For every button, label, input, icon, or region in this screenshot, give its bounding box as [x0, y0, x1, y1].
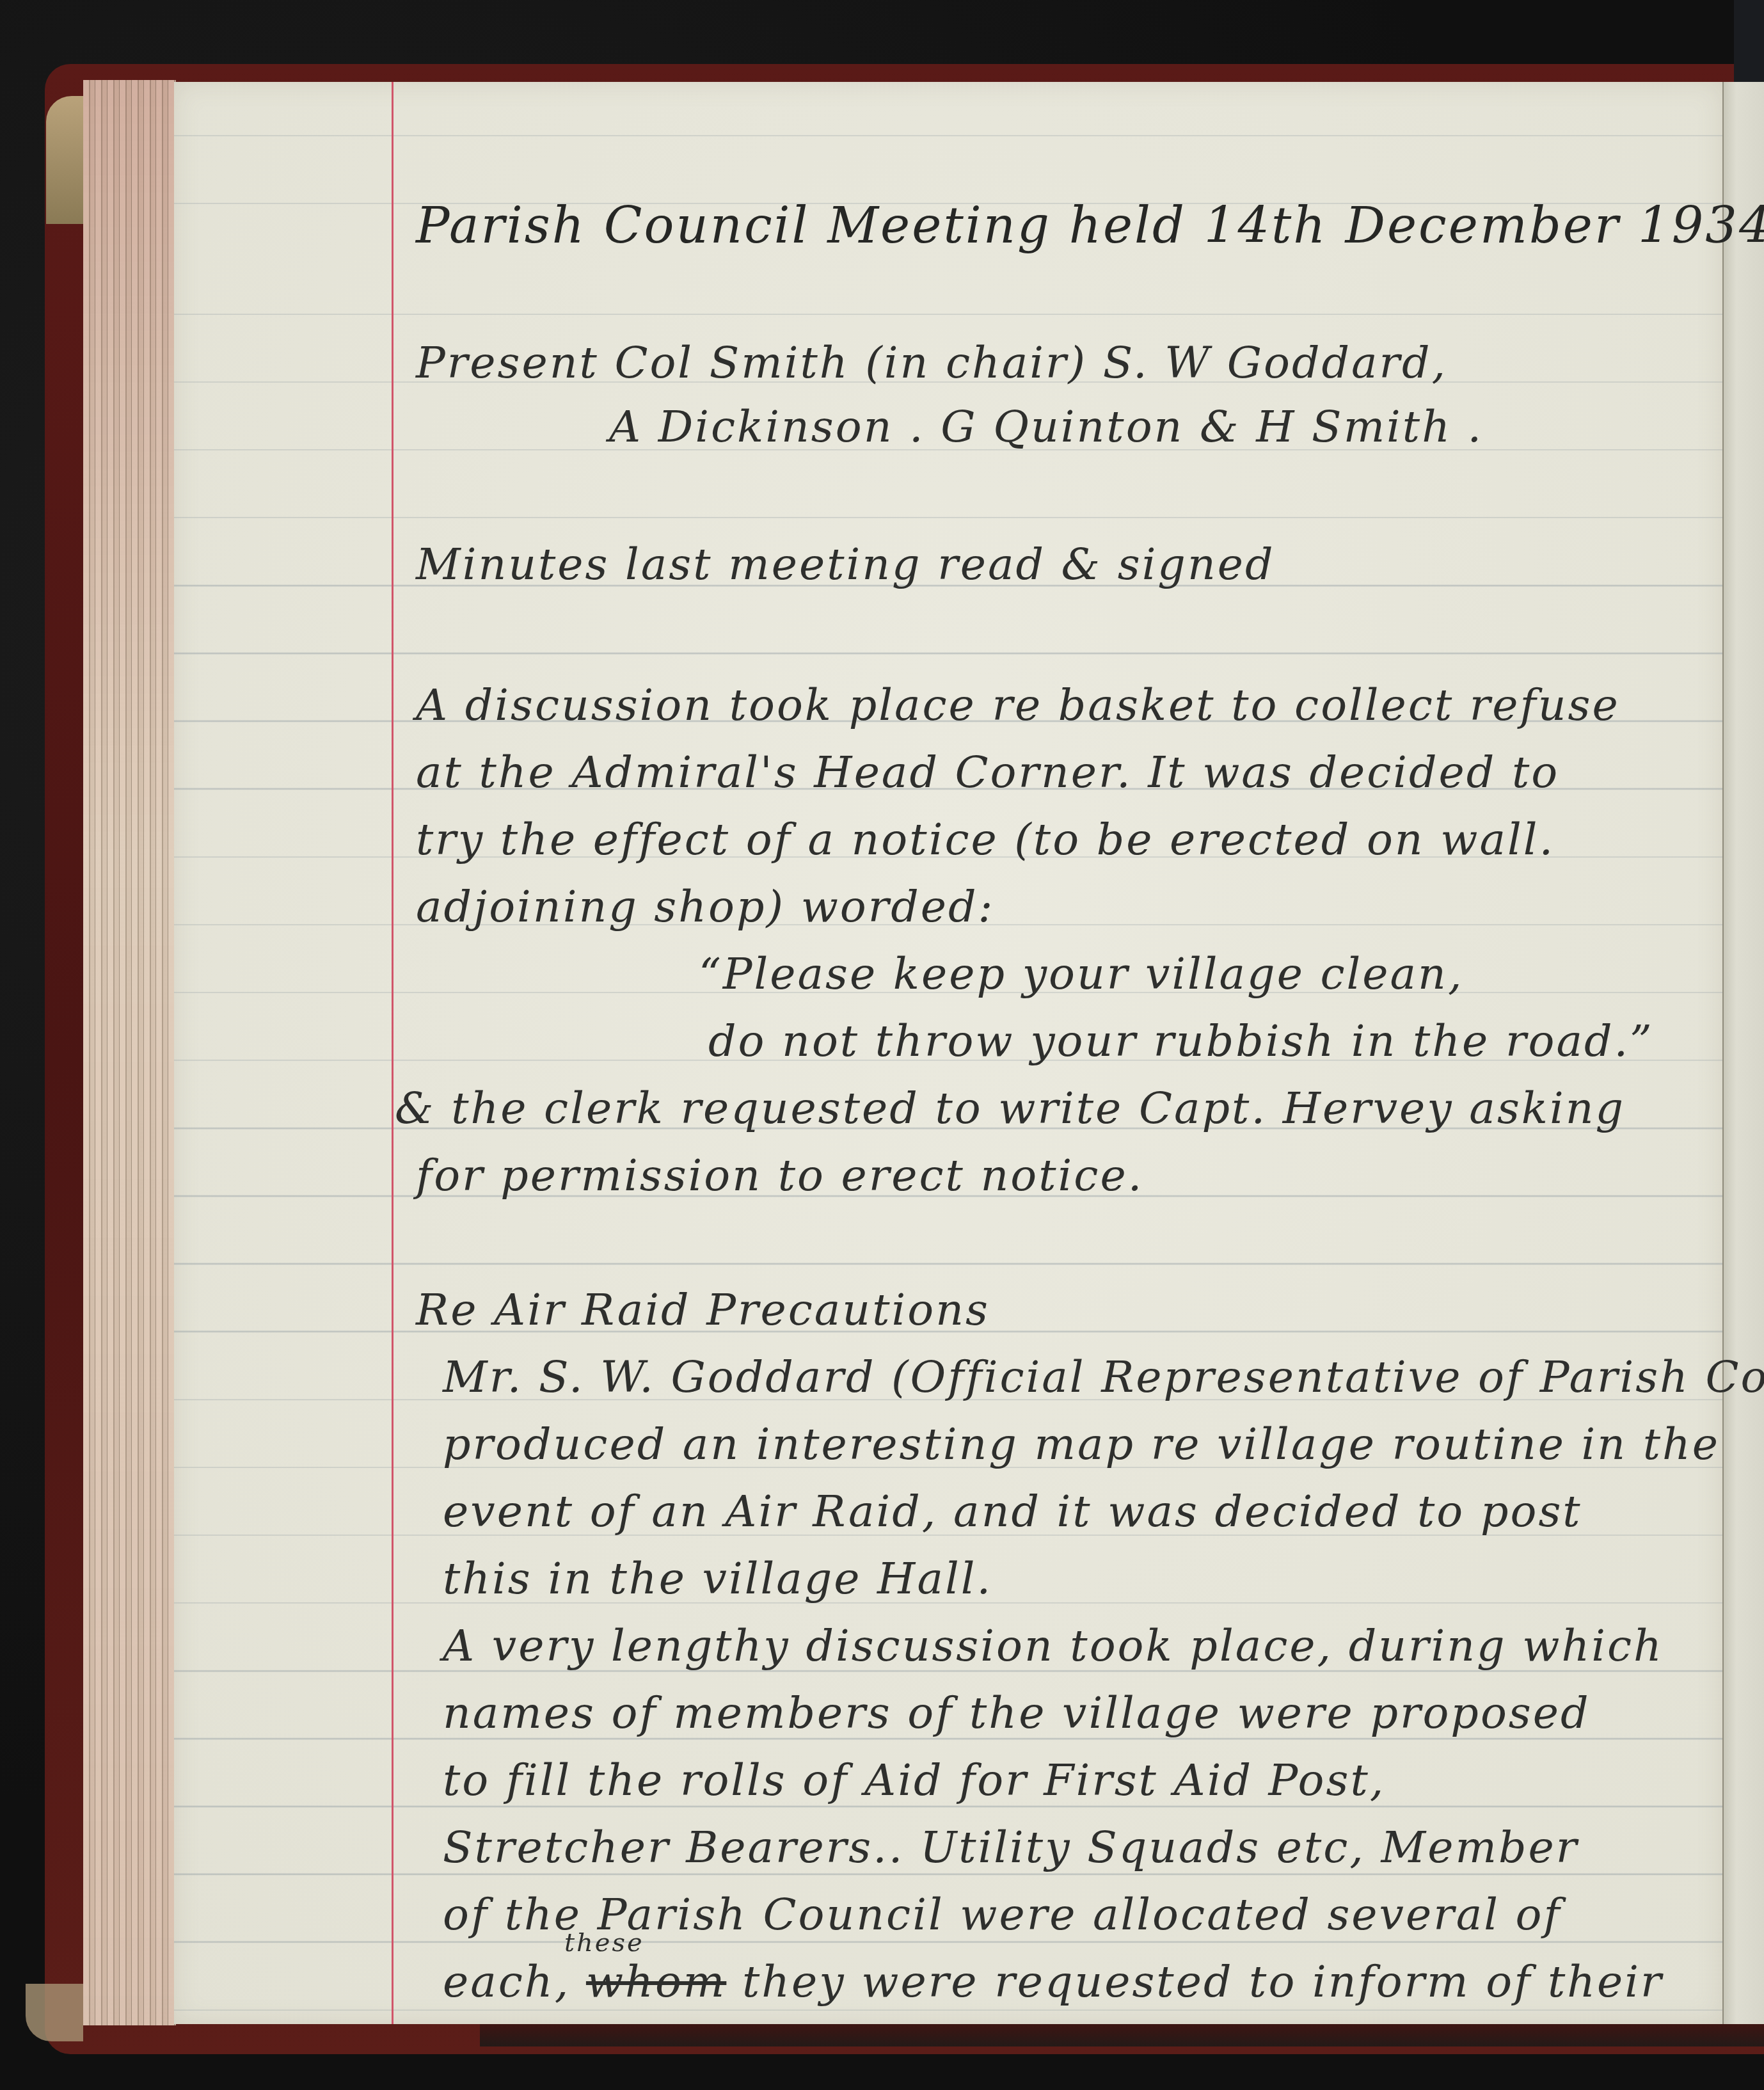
paragraph-line: adjoining shop) worded:	[416, 882, 995, 932]
paragraph-line: Mr. S. W. Goddard (Official Representati…	[443, 1352, 1764, 1403]
paragraph-line: A discussion took place re basket to col…	[416, 680, 1620, 731]
final-line: each, whom they were requested to inform…	[443, 1957, 1664, 2007]
minutes-approval: Minutes last meeting read & signed	[416, 539, 1275, 590]
cover-bottom-edge	[480, 2024, 1764, 2046]
notice-quote-line: “Please keep your village clean,	[699, 949, 1464, 1000]
paragraph-line: for permission to erect notice.	[416, 1151, 1143, 1201]
paragraph-line: to fill the rolls of Aid for First Aid P…	[443, 1755, 1385, 1806]
notice-quote-line: do not throw your rubbish in the road.”	[708, 1016, 1654, 1067]
final-line-rest: they were requested to inform of their	[742, 1957, 1664, 2007]
paragraph-line: & the clerk requested to write Capt. Her…	[395, 1083, 1625, 1134]
attendance-line-1: Present Col Smith (in chair) S. W Goddar…	[416, 338, 1447, 388]
page-title: Parish Council Meeting held 14th Decembe…	[416, 197, 1764, 255]
final-line-prefix: each,	[443, 1957, 570, 2007]
background-strip	[1734, 0, 1764, 82]
red-page-edge-stain	[83, 80, 176, 2025]
paragraph-line: event of an Air Raid, and it was decided…	[443, 1487, 1582, 1537]
paragraph-line: at the Admiral's Head Corner. It was dec…	[416, 747, 1559, 798]
paragraph-line: this in the village Hall.	[443, 1554, 992, 1604]
inserted-correction: these	[564, 1928, 644, 1958]
paragraph-line: Stretcher Bearers.. Utility Squads etc, …	[443, 1823, 1578, 1873]
ledger-page: Parish Council Meeting held 14th Decembe…	[174, 82, 1722, 2024]
next-page-edge	[1722, 82, 1764, 2024]
paragraph-line: names of members of the village were pro…	[443, 1688, 1591, 1739]
paragraph-line: produced an interesting map re village r…	[443, 1419, 1720, 1470]
paragraph-line: try the effect of a notice (to be erecte…	[416, 815, 1555, 865]
struck-word: whom	[586, 1957, 726, 2007]
attendance-line-2: A Dickinson . G Quinton & H Smith .	[609, 402, 1483, 452]
section-heading: Re Air Raid Precautions	[416, 1285, 990, 1336]
red-margin-line	[392, 82, 393, 2024]
worn-cover-corner-bottom	[26, 1984, 83, 2041]
paragraph-line: A very lengthy discussion took place, du…	[443, 1621, 1664, 1671]
